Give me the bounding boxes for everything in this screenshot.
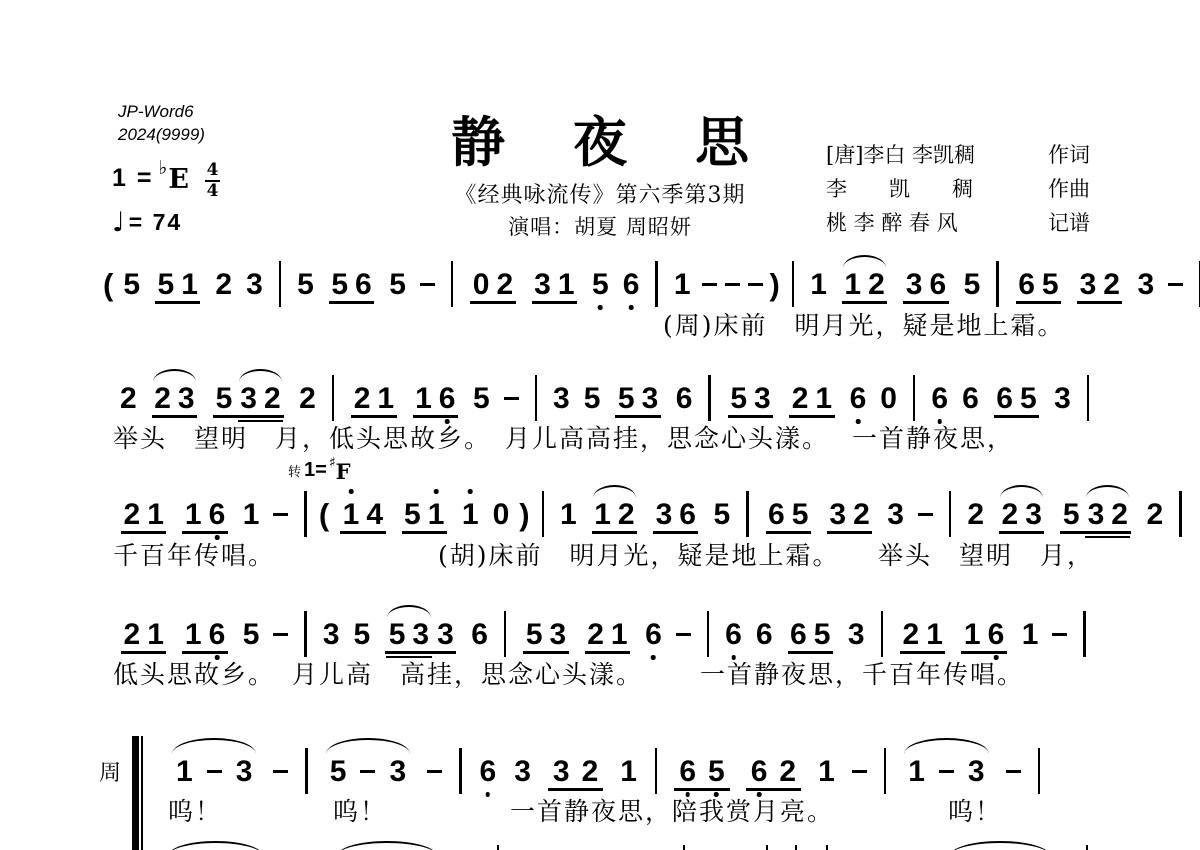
- note-row: 1353633216562113: [163, 755, 1049, 794]
- slur-arc: [1086, 485, 1129, 498]
- note-digit: 5: [592, 268, 609, 301]
- note: 2: [779, 755, 796, 788]
- note-digit: 6: [623, 268, 640, 301]
- note-digit: 2: [587, 618, 604, 651]
- clipped-barline-tick: [497, 845, 499, 850]
- barline: [451, 261, 453, 307]
- modulation-mark: 转 1= ♯ F: [288, 459, 351, 484]
- note: 0: [473, 268, 490, 301]
- note-digit: 2: [1111, 498, 1128, 531]
- note: 6: [645, 618, 662, 651]
- beam-underline: [121, 531, 166, 534]
- lyric-segment: 一首静夜思，陪我赏月亮。: [510, 792, 834, 828]
- credits-block: [唐]李白 李凯稠 作词 李 凯 稠 作曲 桃 李 醉 春 风 记谱: [826, 138, 1090, 240]
- note: 6: [623, 268, 640, 301]
- note-digit: 1: [343, 498, 360, 531]
- note-digit: 3: [1025, 498, 1042, 531]
- note: 3: [1054, 382, 1071, 415]
- credit-row-composer: 李 凯 稠 作曲: [826, 172, 1090, 206]
- lyric-segment: 举头 望明 月，低头思故乡。: [113, 419, 491, 455]
- note-digit: 3: [178, 382, 195, 415]
- beam-underline: [1060, 531, 1131, 534]
- note: 5: [708, 755, 725, 788]
- beam-group: 65: [1015, 268, 1062, 301]
- note-digit: 6: [480, 755, 497, 788]
- note-digit: 6: [988, 618, 1005, 651]
- note-digit: 5: [1063, 498, 1080, 531]
- note-digit: 5: [404, 498, 421, 531]
- note-digit: 1: [964, 618, 981, 651]
- note: 5: [1042, 268, 1059, 301]
- duration-dash: [1006, 770, 1021, 773]
- beam-group: 21: [350, 382, 397, 415]
- barline: [1083, 611, 1085, 657]
- note: 1: [844, 268, 861, 301]
- note-digit: 5: [526, 618, 543, 651]
- duration-dash: [676, 633, 691, 636]
- note: 6: [768, 498, 785, 531]
- note-digit: 1: [415, 382, 432, 415]
- note: 4: [366, 498, 383, 531]
- beam-underline: [585, 651, 630, 654]
- note-digit: 6: [751, 755, 768, 788]
- barline: [708, 375, 710, 421]
- note: 3: [754, 382, 771, 415]
- note: 6: [962, 382, 979, 415]
- note: 3: [246, 268, 263, 301]
- octave-dot-low: [486, 792, 491, 797]
- note: 6: [850, 382, 867, 415]
- note: 3: [829, 498, 846, 531]
- note-digit: 2: [496, 268, 513, 301]
- note: 3: [887, 498, 904, 531]
- clipped-barline-tick: [766, 845, 768, 850]
- note: 3: [906, 268, 923, 301]
- modulation-prefix: 转: [288, 461, 301, 480]
- note-digit: 6: [768, 498, 785, 531]
- note-digit: 6: [725, 618, 742, 651]
- beam-group: 12: [841, 268, 888, 301]
- note: 3: [1025, 498, 1042, 531]
- note: 1: [176, 755, 193, 788]
- note-digit: 5: [297, 268, 314, 301]
- note-digit: 0: [493, 498, 510, 531]
- octave-dot-high: [468, 489, 473, 494]
- note: 3: [534, 268, 551, 301]
- note: 2: [264, 382, 281, 415]
- beam-group: 16: [960, 618, 1007, 651]
- barline: [504, 611, 506, 657]
- note: 1: [964, 618, 981, 651]
- note: 5: [1020, 382, 1037, 415]
- beam-group: 65: [673, 755, 730, 788]
- note: 3: [1137, 268, 1154, 301]
- lyric-segment: (周)床前 明月光，疑是地上霜。: [663, 306, 1065, 342]
- octave-dot-high: [434, 489, 439, 494]
- beam-group: 53: [324, 755, 412, 788]
- note-digit: 5: [354, 618, 371, 651]
- note-digit: 1: [818, 755, 835, 788]
- note: 5: [158, 268, 175, 301]
- note: 2: [124, 498, 141, 531]
- beam-underline: [827, 531, 872, 534]
- beam-group: 13: [902, 755, 990, 788]
- duration-dash: [504, 397, 519, 400]
- note-digit: 3: [642, 382, 659, 415]
- beam-group: 53: [614, 382, 661, 415]
- duration-dash: [273, 770, 288, 773]
- barline: [996, 261, 998, 307]
- note-digit: 2: [868, 268, 885, 301]
- barline: [305, 748, 307, 794]
- beam-group: 31: [531, 268, 578, 301]
- note-digit: 1: [810, 268, 827, 301]
- beam-group: 14: [339, 498, 386, 531]
- note-digit: 1: [558, 268, 575, 301]
- note: 5: [331, 268, 348, 301]
- note: 5: [297, 268, 314, 301]
- note-row: 21165355336532166665321161: [113, 618, 1095, 657]
- note-digit: 5: [389, 268, 406, 301]
- lyric-segment: 低头思故乡。: [113, 655, 275, 691]
- note-digit: 3: [1088, 498, 1105, 531]
- sharp-sign-icon: ♯: [329, 455, 336, 471]
- note: 6: [929, 268, 946, 301]
- duration-dash: [360, 770, 375, 773]
- note-digit: 4: [366, 498, 383, 531]
- note: 3: [236, 755, 253, 788]
- note-digit: 1: [181, 268, 198, 301]
- note-digit: 6: [962, 382, 979, 415]
- note-digit: 5: [584, 382, 601, 415]
- beam-group: 65: [993, 382, 1040, 415]
- note-digit: 2: [120, 382, 137, 415]
- note: 6: [756, 618, 773, 651]
- beam-group: 21: [788, 382, 835, 415]
- beam-group: 36: [902, 268, 949, 301]
- note-digit: 5: [814, 618, 831, 651]
- beam-group: 53: [522, 618, 569, 651]
- voice-label: 周: [99, 756, 121, 787]
- note: 6: [679, 498, 696, 531]
- note-digit: 3: [514, 755, 531, 788]
- note: 6: [480, 755, 497, 788]
- note: 6: [209, 618, 226, 651]
- beam-underline: [900, 651, 945, 654]
- note-digit: 3: [553, 382, 570, 415]
- note: 6: [725, 618, 742, 651]
- note: 5: [389, 268, 406, 301]
- note: 5: [1063, 498, 1080, 531]
- beam-underline: [329, 301, 374, 304]
- paren: ): [770, 268, 780, 302]
- barline: [542, 491, 544, 537]
- barline: [1038, 748, 1040, 794]
- beam-group: 532: [212, 382, 285, 415]
- note: 2: [1111, 498, 1128, 531]
- note: 1: [415, 382, 432, 415]
- note: 1: [181, 268, 198, 301]
- note: 1: [908, 755, 925, 788]
- note-digit: 6: [471, 618, 488, 651]
- modulation-label: 1=: [304, 459, 327, 482]
- note: 1: [594, 498, 611, 531]
- note-row: (5512355650231561)11236565323: [100, 268, 1200, 307]
- note: 6: [209, 498, 226, 531]
- note: 1: [343, 498, 360, 531]
- note-digit: 2: [1103, 268, 1120, 301]
- note: 2: [967, 498, 984, 531]
- beam-underline: [470, 301, 515, 304]
- barline: [535, 375, 537, 421]
- note: 1: [674, 268, 691, 301]
- duration-dash: [273, 633, 288, 636]
- note-digit: 5: [1020, 382, 1037, 415]
- note: 3: [656, 498, 673, 531]
- note: 2: [853, 498, 870, 531]
- barline: [949, 491, 951, 537]
- note-digit: 5: [158, 268, 175, 301]
- note-digit: 3: [906, 268, 923, 301]
- note: 1: [147, 618, 164, 651]
- duration-dash: [852, 770, 867, 773]
- barline: [881, 611, 883, 657]
- note-digit: 5: [123, 268, 140, 301]
- note: 1: [926, 618, 943, 651]
- clipped-barline-tick: [683, 845, 685, 850]
- lyricist-names: [唐]李白 李凯稠: [826, 138, 975, 172]
- note: 6: [439, 382, 456, 415]
- clipped-barline-tick: [1086, 845, 1088, 850]
- beam-underline: [385, 651, 456, 654]
- note-digit: 6: [996, 382, 1013, 415]
- note-digit: 5: [331, 268, 348, 301]
- beam-underline: [592, 531, 637, 534]
- lyric-segment: 月儿高 高挂，思念心头漾。: [292, 655, 643, 691]
- beam-underline: [182, 651, 227, 654]
- note: 6: [355, 268, 372, 301]
- barline: [707, 611, 709, 657]
- note-digit: 6: [209, 498, 226, 531]
- note-digit: 5: [713, 498, 730, 531]
- lyric-segment: (胡)床前 明月光，疑是地上霜。: [438, 536, 840, 572]
- duration-dash: [918, 513, 933, 516]
- note: 1: [818, 755, 835, 788]
- note-digit: 3: [968, 755, 985, 788]
- slur-arc: [1000, 485, 1043, 498]
- note: 3: [1080, 268, 1097, 301]
- note-digit: 3: [553, 755, 570, 788]
- note: 2: [124, 618, 141, 651]
- beam-group: 21: [120, 618, 167, 651]
- note: 1: [1022, 618, 1039, 651]
- note: 1: [810, 268, 827, 301]
- note: 5: [592, 268, 609, 301]
- note-digit: 1: [560, 498, 577, 531]
- lyricist-role: 作词: [1048, 138, 1090, 172]
- note: 5: [216, 382, 233, 415]
- beam-underline: [548, 788, 603, 791]
- barline: [792, 261, 794, 307]
- note-digit: 1: [147, 618, 164, 651]
- beam-underline: [121, 651, 166, 654]
- note-digit: 2: [903, 618, 920, 651]
- beam-underline: [351, 415, 396, 418]
- note: 2: [354, 382, 371, 415]
- beam-underline: [788, 651, 833, 654]
- note-digit: 3: [829, 498, 846, 531]
- transcriber-role: 记谱: [1048, 206, 1090, 240]
- note: 5: [526, 618, 543, 651]
- note: 1: [185, 618, 202, 651]
- note: 1: [243, 498, 260, 531]
- note: 5: [389, 618, 406, 651]
- beam-underline: [523, 651, 568, 654]
- beam-group: 36: [652, 498, 699, 531]
- barline: [279, 261, 281, 307]
- note-digit: 6: [679, 498, 696, 531]
- duration-dash: [427, 770, 442, 773]
- note: 3: [1088, 498, 1105, 531]
- beam-group: 65: [765, 498, 812, 531]
- note-digit: 3: [534, 268, 551, 301]
- slur-arc: [904, 738, 988, 754]
- clipped-slur-arc: [950, 841, 1050, 850]
- beam-group: 56: [328, 268, 375, 301]
- beam-group: 32: [547, 755, 604, 788]
- slur-arc: [239, 369, 282, 382]
- beam-underline: [340, 531, 385, 534]
- note-digit: 2: [215, 268, 232, 301]
- note-digit: 1: [185, 618, 202, 651]
- note: 6: [1018, 268, 1035, 301]
- beam-underline: [615, 415, 660, 418]
- note-digit: 2: [124, 498, 141, 531]
- note-digit: 5: [708, 755, 725, 788]
- note-digit: 6: [676, 382, 693, 415]
- beam-underline: [766, 531, 811, 534]
- note: 1: [560, 498, 577, 531]
- note: 1: [147, 498, 164, 531]
- note-digit: 1: [176, 755, 193, 788]
- note-row: 2235322211653553653216066653: [113, 382, 1098, 421]
- beam-group: 32: [237, 382, 284, 415]
- barline: [459, 748, 461, 794]
- note-digit: 2: [1146, 498, 1163, 531]
- note: 3: [848, 618, 865, 651]
- beam-group: 532: [1059, 498, 1132, 531]
- beam-underline: [961, 651, 1006, 654]
- note-digit: 3: [389, 755, 406, 788]
- note: 2: [792, 382, 809, 415]
- barline: [655, 261, 657, 307]
- slur-arc: [387, 605, 430, 618]
- transcriber-names: 桃 李 醉 春 风: [826, 206, 958, 240]
- octave-dot-high: [349, 489, 354, 494]
- note: 3: [412, 618, 429, 651]
- note: 5: [584, 382, 601, 415]
- credit-row-lyricist: [唐]李白 李凯稠 作词: [826, 138, 1090, 172]
- note: 5: [618, 382, 635, 415]
- note-digit: 2: [582, 755, 599, 788]
- note-digit: 2: [264, 382, 281, 415]
- note-digit: 6: [850, 382, 867, 415]
- beam-underline: [653, 531, 698, 534]
- note: 6: [931, 382, 948, 415]
- voice-system-bracket: [132, 736, 139, 850]
- note-digit: 1: [377, 382, 394, 415]
- slur-arc: [153, 369, 196, 382]
- note-digit: 3: [240, 382, 257, 415]
- duration-dash: [207, 770, 222, 773]
- note-digit: 2: [618, 498, 635, 531]
- note: 5: [814, 618, 831, 651]
- note-digit: 2: [779, 755, 796, 788]
- note-digit: 6: [756, 618, 773, 651]
- beam-group: 51: [154, 268, 201, 301]
- beam-underline: [413, 415, 458, 418]
- beam-group: 533: [384, 618, 457, 651]
- note: 6: [996, 382, 1013, 415]
- note-digit: 1: [594, 498, 611, 531]
- barline: [746, 491, 748, 537]
- note: 6: [676, 382, 693, 415]
- beam-group: 21: [899, 618, 946, 651]
- beam-group: 23: [151, 382, 198, 415]
- slur-arc: [843, 255, 886, 268]
- note-digit: 1: [844, 268, 861, 301]
- note-digit: 6: [209, 618, 226, 651]
- note: 0: [493, 498, 510, 531]
- octave-dot-low: [629, 305, 634, 310]
- beam-group: 23: [998, 498, 1045, 531]
- duration-dash: [939, 770, 954, 773]
- note-digit: 5: [243, 618, 260, 651]
- lyric-segment: 呜！: [168, 792, 222, 828]
- beam-underline: [674, 788, 729, 791]
- note-digit: 3: [437, 618, 454, 651]
- note-digit: 1: [243, 498, 260, 531]
- note: 6: [988, 618, 1005, 651]
- note-digit: 3: [1137, 268, 1154, 301]
- note-digit: 1: [908, 755, 925, 788]
- note: 2: [154, 382, 171, 415]
- note-digit: 6: [790, 618, 807, 651]
- note: 5: [730, 382, 747, 415]
- note-row: 21161(145110)112365653232235322: [113, 498, 1191, 537]
- note-digit: 1: [620, 755, 637, 788]
- lyric-segment: 一首静夜思，千百年传唱。: [700, 655, 1024, 691]
- note-digit: 2: [299, 382, 316, 415]
- note-digit: 5: [216, 382, 233, 415]
- note-digit: 0: [473, 268, 490, 301]
- note-digit: 5: [1042, 268, 1059, 301]
- beam-underline: [842, 301, 887, 304]
- note: 2: [903, 618, 920, 651]
- note-digit: 3: [887, 498, 904, 531]
- note-digit: 3: [412, 618, 429, 651]
- note: 5: [404, 498, 421, 531]
- barline: [1087, 375, 1089, 421]
- composer-names: 李 凯 稠: [826, 172, 973, 206]
- modulation-tonic: F: [336, 459, 351, 484]
- beam-group: 62: [745, 755, 802, 788]
- barline: [655, 748, 657, 794]
- barline: [332, 375, 334, 421]
- note: 2: [120, 382, 137, 415]
- note: 5: [713, 498, 730, 531]
- beam-group: 53: [385, 618, 432, 651]
